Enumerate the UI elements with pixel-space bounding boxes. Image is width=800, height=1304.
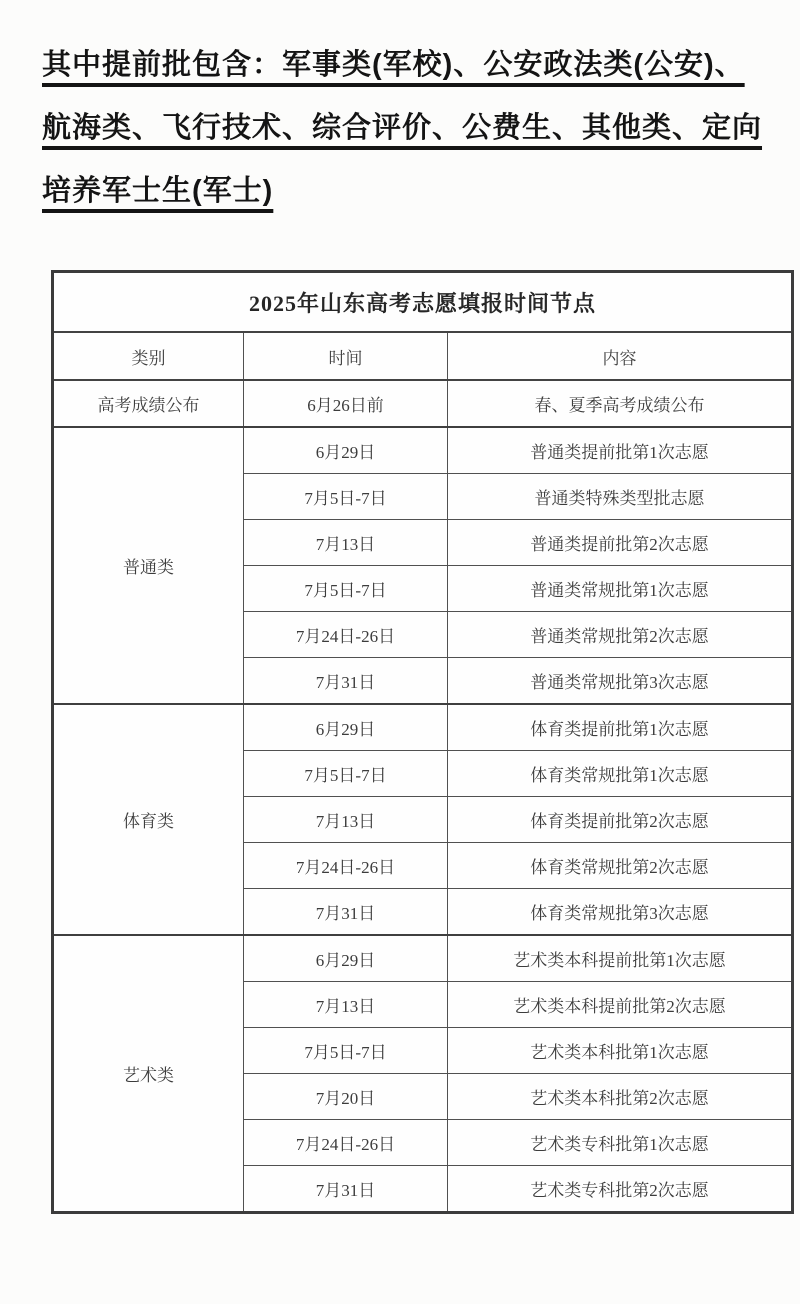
time-cell: 7月13日 <box>244 797 448 843</box>
content-cell: 艺术类专科批第1次志愿 <box>448 1120 793 1166</box>
content-cell: 体育类提前批第1次志愿 <box>448 704 793 751</box>
time-cell: 7月24日-26日 <box>244 843 448 889</box>
category-cell: 体育类 <box>53 704 244 935</box>
time-cell: 7月5日-7日 <box>244 566 448 612</box>
time-cell: 6月29日 <box>244 704 448 751</box>
content-cell: 艺术类本科提前批第2次志愿 <box>448 982 793 1028</box>
table-title: 2025年山东高考志愿填报时间节点 <box>53 272 793 333</box>
time-cell: 7月24日-26日 <box>244 612 448 658</box>
time-cell: 7月13日 <box>244 520 448 566</box>
time-cell: 7月5日-7日 <box>244 474 448 520</box>
time-cell: 7月31日 <box>244 889 448 936</box>
table-row: 艺术类6月29日艺术类本科提前批第1次志愿 <box>53 935 793 982</box>
table-title-row: 2025年山东高考志愿填报时间节点 <box>53 272 793 333</box>
content-cell: 体育类常规批第3次志愿 <box>448 889 793 936</box>
table-row: 普通类6月29日普通类提前批第1次志愿 <box>53 427 793 474</box>
time-cell: 7月13日 <box>244 982 448 1028</box>
intro-text: 其中提前批包含：军事类(军校)、公安政法类(公安)、航海类、飞行技术、综合评价、… <box>42 34 762 223</box>
table-header-row: 类别 时间 内容 <box>53 332 793 380</box>
content-cell: 艺术类本科批第2次志愿 <box>448 1074 793 1120</box>
table-row: 高考成绩公布6月26日前春、夏季高考成绩公布 <box>53 380 793 427</box>
content-cell: 春、夏季高考成绩公布 <box>448 380 793 427</box>
time-cell: 7月5日-7日 <box>244 1028 448 1074</box>
time-cell: 6月29日 <box>244 935 448 982</box>
content-cell: 体育类常规批第2次志愿 <box>448 843 793 889</box>
content-cell: 体育类提前批第2次志愿 <box>448 797 793 843</box>
content-cell: 普通类常规批第1次志愿 <box>448 566 793 612</box>
content-cell: 艺术类专科批第2次志愿 <box>448 1166 793 1213</box>
content-cell: 体育类常规批第1次志愿 <box>448 751 793 797</box>
content-cell: 普通类提前批第1次志愿 <box>448 427 793 474</box>
time-cell: 7月20日 <box>244 1074 448 1120</box>
content-cell: 普通类常规批第2次志愿 <box>448 612 793 658</box>
time-cell: 6月26日前 <box>244 380 448 427</box>
content-cell: 普通类提前批第2次志愿 <box>448 520 793 566</box>
time-cell: 7月24日-26日 <box>244 1120 448 1166</box>
time-cell: 7月5日-7日 <box>244 751 448 797</box>
category-cell: 普通类 <box>53 427 244 704</box>
time-cell: 7月31日 <box>244 1166 448 1213</box>
content-cell: 艺术类本科批第1次志愿 <box>448 1028 793 1074</box>
table-body: 高考成绩公布6月26日前春、夏季高考成绩公布普通类6月29日普通类提前批第1次志… <box>53 380 793 1213</box>
content-cell: 普通类特殊类型批志愿 <box>448 474 793 520</box>
time-cell: 6月29日 <box>244 427 448 474</box>
col-header-category: 类别 <box>53 332 244 380</box>
content-cell: 普通类常规批第3次志愿 <box>448 658 793 705</box>
page: { "intro": { "text": "其中提前批包含：军事类(军校)、公安… <box>0 0 800 1304</box>
col-header-time: 时间 <box>244 332 448 380</box>
col-header-content: 内容 <box>448 332 793 380</box>
category-cell: 高考成绩公布 <box>53 380 244 427</box>
schedule-table: 2025年山东高考志愿填报时间节点 类别 时间 内容 高考成绩公布6月26日前春… <box>51 270 794 1214</box>
content-cell: 艺术类本科提前批第1次志愿 <box>448 935 793 982</box>
table-row: 体育类6月29日体育类提前批第1次志愿 <box>53 704 793 751</box>
category-cell: 艺术类 <box>53 935 244 1213</box>
time-cell: 7月31日 <box>244 658 448 705</box>
